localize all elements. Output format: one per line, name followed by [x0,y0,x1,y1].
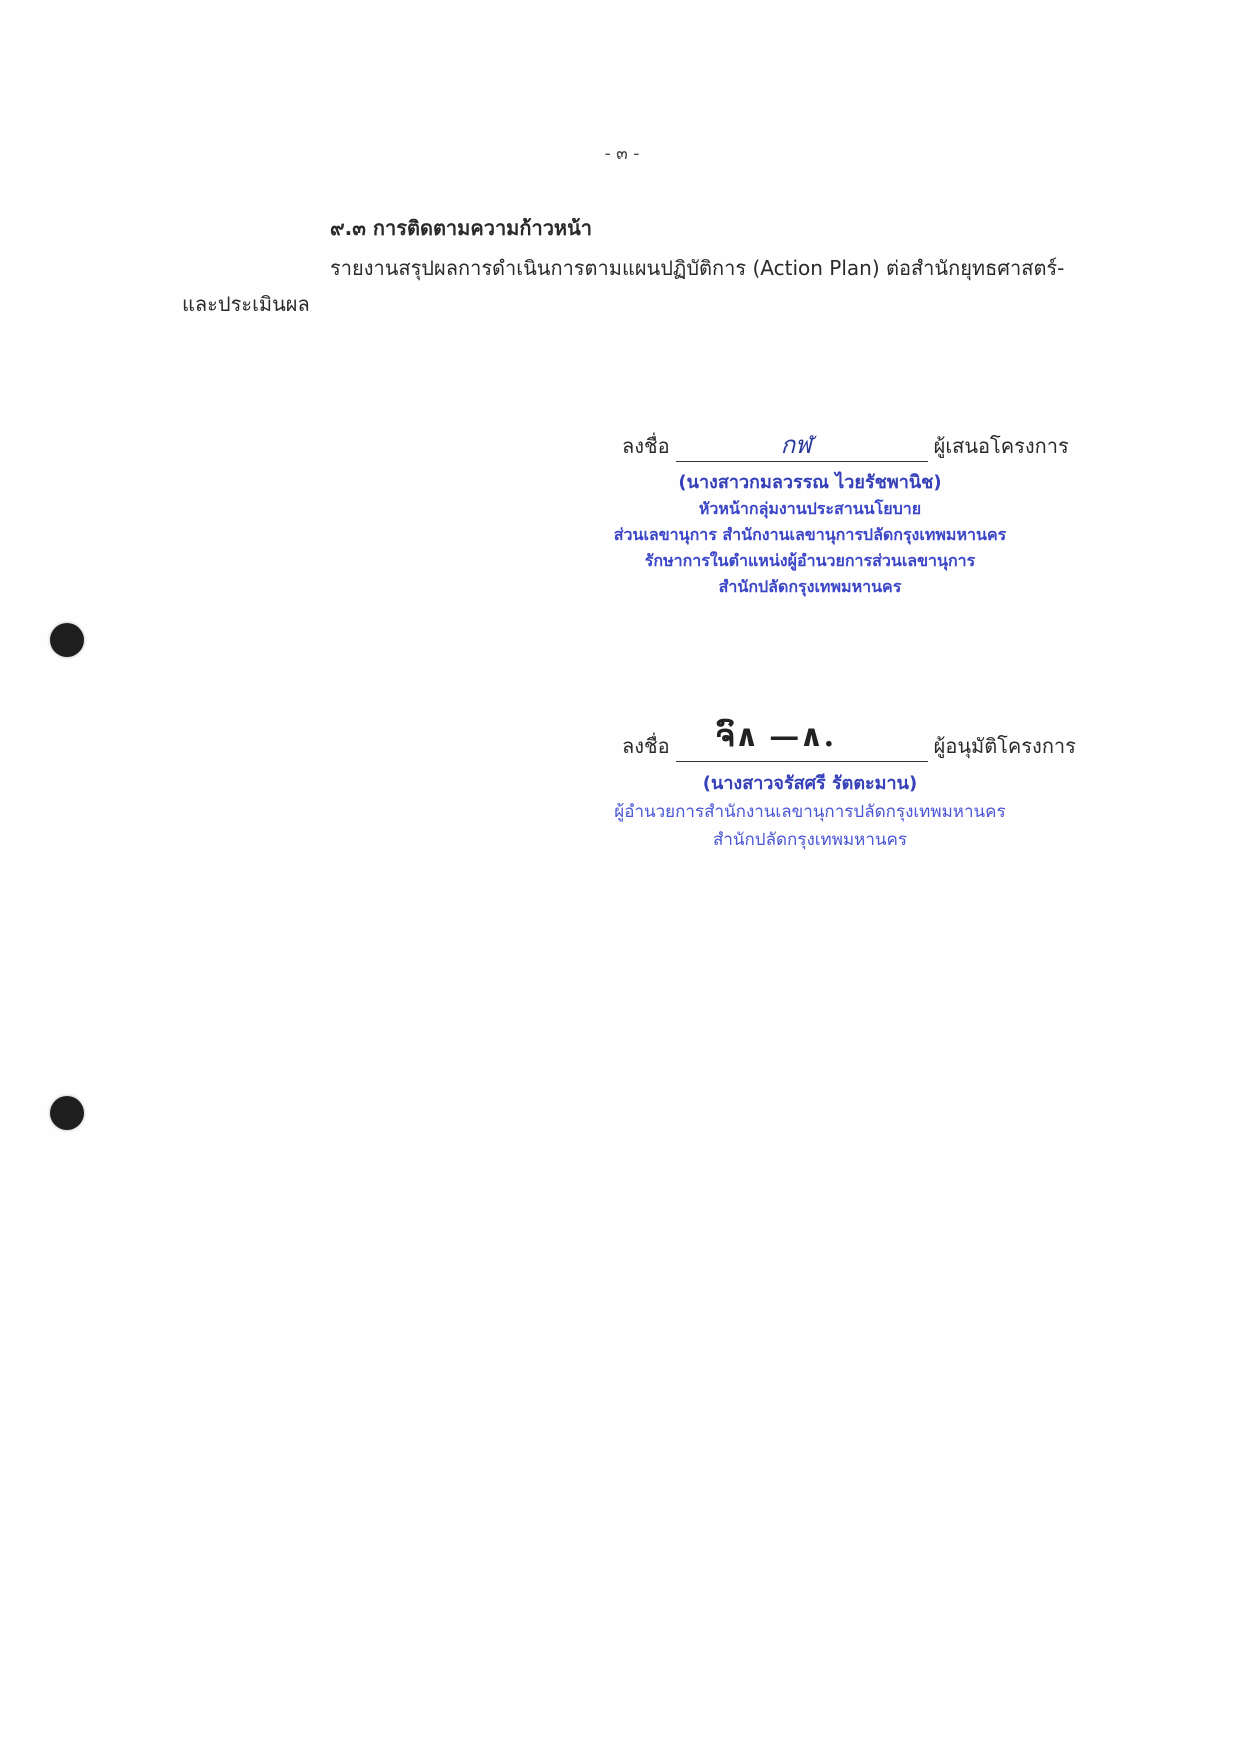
body-paragraph-line-2: และประเมินผล [182,288,310,320]
signer-name: (นางสาวจรัสศรี รัตตะมาน) [560,770,1060,798]
punch-hole [50,623,84,657]
signer-title: สำนักปลัดกรุงเทพมหานคร [560,574,1060,600]
signature-row-approver: ลงชื่อ ຈົ∧ —∧. ผู้อนุมัติโครงการ [622,730,1076,762]
punch-hole [50,1096,84,1130]
sign-prefix: ลงชื่อ [622,730,670,762]
stamp-proposer: (นางสาวกมลวรรณ ไวยรัชพานิช) หัวหน้ากลุ่ม… [560,470,1060,600]
page-number: - ๓ - [0,140,1244,167]
signature-row-proposer: ลงชื่อ กฬ ผู้เสนอโครงการ [622,430,1069,462]
stamp-approver: (นางสาวจรัสศรี รัตตะมาน) ผู้อำนวยการสำนั… [560,770,1060,854]
signer-title: ส่วนเลขานุการ สำนักงานเลขานุการปลัดกรุงเ… [560,522,1060,548]
sign-role: ผู้อนุมัติโครงการ [934,730,1076,762]
signature-line: ຈົ∧ —∧. [676,733,928,762]
sign-role: ผู้เสนอโครงการ [934,430,1069,462]
sign-prefix: ลงชื่อ [622,430,670,462]
signer-title: หัวหน้ากลุ่มงานประสานนโยบาย [560,496,1060,522]
section-heading: ๙.๓ การติดตามความก้าวหน้า [330,212,592,244]
body-paragraph-line-1: รายงานสรุปผลการดำเนินการตามแผนปฏิบัติการ… [330,252,1064,284]
signer-title: ผู้อำนวยการสำนักงานเลขานุการปลัดกรุงเทพม… [560,798,1060,826]
signature-line: กฬ [676,433,928,462]
handwritten-signature: ຈົ∧ —∧. [716,719,834,754]
signer-name: (นางสาวกมลวรรณ ไวยรัชพานิช) [560,470,1060,496]
signer-title: สำนักปลัดกรุงเทพมหานคร [560,826,1060,854]
handwritten-signature: กฬ [781,425,812,464]
signer-title: รักษาการในตำแหน่งผู้อำนวยการส่วนเลขานุกา… [560,548,1060,574]
